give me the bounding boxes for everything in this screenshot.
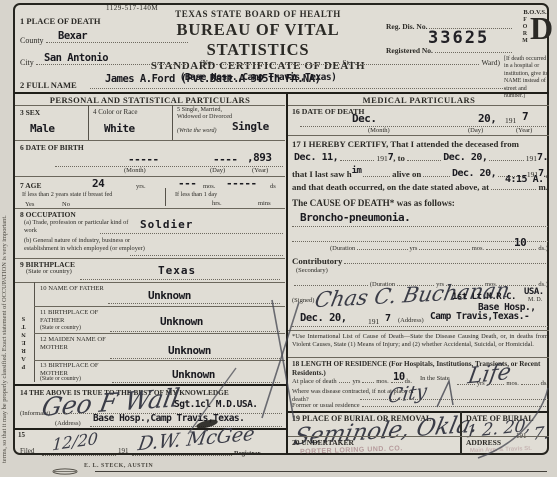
- printer-logo: [52, 462, 78, 469]
- dob-month-caption: (Month): [124, 167, 146, 174]
- alive-on-text: alive on: [392, 169, 421, 179]
- rule: [95, 471, 547, 472]
- rule: [292, 240, 548, 242]
- rule: [130, 254, 283, 256]
- age-mos-value: ---: [178, 177, 196, 190]
- age-ds-label: ds: [270, 183, 276, 190]
- board-title: TEXAS STATE BOARD OF HEALTH: [148, 9, 368, 19]
- street-st-label: St.;: [342, 58, 352, 67]
- marital-value: Single: [232, 120, 269, 133]
- punct: .,: [544, 169, 548, 179]
- undertaker-label: 20 UNDERTAKER: [292, 438, 354, 447]
- header-divider-rule: [14, 92, 549, 94]
- rule: [288, 135, 549, 136]
- age-label: 7 AGE: [20, 181, 41, 190]
- sex-label: 3 SEX: [20, 108, 40, 117]
- certify-line-4: and that death occurred, on the date sta…: [292, 182, 548, 192]
- filed-number: 15: [18, 431, 25, 439]
- sex-value: Male: [30, 122, 55, 135]
- county-value: Bexar: [58, 30, 87, 42]
- rule: [110, 357, 280, 359]
- yrs-label: yrs: [352, 378, 360, 385]
- age-ds-value: -----: [226, 177, 257, 190]
- father-birthplace-label: 11 BIRTHPLACE OF FATHER: [40, 309, 110, 325]
- hrs-label: hrs.: [212, 200, 222, 207]
- certify-line-2: Dec. 11, 191 7 , to Dec. 20, 191 7.: [294, 152, 548, 163]
- yrs-label: yrs: [410, 245, 418, 252]
- burial-year-handwritten: 7.: [532, 423, 550, 445]
- breastfed-label: If less than 2 years state if breast fed: [22, 191, 112, 198]
- mins-label: mins: [258, 200, 271, 207]
- rule: [288, 411, 549, 413]
- lessday-label: If less than 1 day: [175, 191, 217, 198]
- rule: [288, 105, 549, 106]
- occupation-a-value: Soldier: [140, 218, 193, 231]
- informant-rank: Sgt.1cl M.D.USA.: [174, 399, 258, 410]
- registered-label: Registered No.: [386, 46, 433, 55]
- no-label: No: [62, 201, 70, 208]
- dod-day-value: 20,: [478, 112, 496, 125]
- informant-address: Base Hosp.,Camp Travis,Texas.: [93, 413, 244, 424]
- certify-line-1: 17 I HEREBY CERTIFY, That I attended the…: [292, 139, 519, 149]
- former-residence-line: Former or usual residence: [292, 402, 548, 409]
- rule: [100, 232, 283, 234]
- county-label: County: [20, 36, 44, 45]
- signed-address-label: (Address): [398, 317, 424, 324]
- place-of-death-label: 1 PLACE OF DEATH: [20, 16, 101, 26]
- dod-year-print: 191: [505, 116, 516, 125]
- mos-label: mos.: [472, 245, 484, 252]
- registered-number: 33625: [428, 28, 489, 48]
- rule: [172, 105, 173, 140]
- attended-from-date: Dec. 11,: [294, 152, 338, 163]
- marital-hint: (Write the word): [177, 128, 216, 134]
- registrar-label: Registrar: [234, 450, 260, 457]
- cause-footnote: *Use International List of Cause of Deat…: [292, 333, 548, 349]
- ds-label: ds.: [541, 380, 548, 387]
- printer-credit: E. L. STECK, AUSTIN: [84, 463, 153, 469]
- margin-instruction-note: terms, so that it may be properly classi…: [1, 53, 8, 463]
- county-line: County: [20, 36, 190, 45]
- cause-duration-line: (Duration yrs mos. ds.): [330, 245, 548, 252]
- father-name-label: 10 NAME OF FATHER: [40, 285, 106, 293]
- rule: [42, 454, 116, 456]
- cause-of-death-value: Broncho-pneumonia.: [300, 211, 410, 224]
- rule: [288, 330, 549, 331]
- father-birthplace-value: Unknown: [160, 315, 203, 328]
- parents-vertical-label: PARENTS: [20, 296, 27, 370]
- rule: [15, 140, 285, 141]
- street-line: (No. St.; Ward): [200, 58, 500, 67]
- occupation-b-label: (b) General nature of industry, business…: [24, 237, 152, 252]
- dob-day-caption: (Day): [210, 167, 225, 174]
- rule: [288, 357, 549, 358]
- rule: [15, 258, 285, 259]
- mos-label: mos.: [506, 380, 518, 387]
- race-value: White: [104, 122, 135, 135]
- dod-year-caption: (Year): [516, 127, 532, 134]
- informant-address-label: (Address): [55, 420, 81, 427]
- age-yrs-label: yrs.: [136, 183, 146, 190]
- race-label: 4 Color or Race: [93, 108, 138, 116]
- duration-label: (Duration: [330, 245, 355, 252]
- father-birthplace-hint: (State or country): [40, 325, 81, 331]
- rule: [292, 325, 548, 327]
- header-title-block: TEXAS STATE BOARD OF HEALTH BUREAU OF VI…: [148, 9, 368, 83]
- physician-rank: 1st Lt.M.R.C.: [452, 292, 516, 302]
- signed-address: Camp Travis,Texas.-: [430, 311, 529, 322]
- rule: [132, 454, 232, 456]
- year-typed: 7.: [537, 152, 548, 163]
- street-no-label: (No.: [200, 58, 214, 67]
- last-seen-date: Dec. 20,: [452, 168, 496, 179]
- age-years-value: 24: [92, 177, 104, 190]
- dod-year-value: 7: [522, 110, 528, 123]
- contributory-line: Contributory: [292, 256, 548, 266]
- father-name-value: Unknown: [148, 289, 191, 302]
- ds-label: ds.): [538, 245, 548, 252]
- signed-date: Dec. 20,: [300, 312, 347, 324]
- m-suffix: m.: [538, 182, 548, 192]
- mother-birthplace-hint: (State or country): [40, 376, 81, 382]
- dob-label: 6 DATE OF BIRTH: [20, 143, 84, 152]
- cause-of-death-label: The CAUSE OF DEATH* was as follows:: [292, 198, 455, 208]
- rule: [460, 436, 549, 437]
- full-name-label: 2 FULL NAME: [20, 80, 77, 90]
- rule: [34, 306, 285, 307]
- him-typed: im: [352, 166, 362, 176]
- dod-month-caption: (Month): [368, 127, 390, 134]
- to-word: , to: [393, 153, 405, 163]
- at-place-label: At place of death: [292, 378, 337, 385]
- rule: [15, 282, 285, 283]
- medical-section-title: MEDICAL PARTICULARS: [290, 95, 548, 105]
- rule: [34, 282, 35, 382]
- dod-month-value: Dec.: [352, 112, 377, 125]
- in-state-duration-line: yrs mos. ds.: [455, 380, 548, 387]
- rule: [165, 188, 166, 206]
- rule: [108, 302, 280, 304]
- rule: [34, 333, 285, 334]
- age-mos-label: mos.: [203, 183, 215, 190]
- mos-label: mos.: [376, 378, 388, 385]
- year-print: 191: [376, 154, 387, 163]
- rule: [292, 225, 548, 227]
- rule: [88, 105, 89, 140]
- rule: [112, 381, 280, 383]
- form-word-vertical: FORM: [522, 17, 528, 49]
- full-name-value: James A.Ford (Pvt.Batt.A 345th FA.NA): [105, 73, 320, 85]
- rule: [288, 436, 460, 437]
- death-certificate-scan: terms, so that it may be properly classi…: [0, 0, 557, 477]
- dod-day-caption: (Day): [468, 127, 483, 134]
- secondary-hint: (Secondary): [296, 267, 328, 274]
- rule: [360, 398, 548, 400]
- rule: [15, 105, 285, 106]
- undertaker-address-label: ADDRESS: [466, 438, 501, 447]
- column-divider-rule: [286, 92, 288, 454]
- marital-label: 5 Single, Married, Widowed or Divorced: [177, 106, 233, 120]
- filed-year-print: 191: [118, 447, 129, 455]
- yrs-label: yrs: [477, 380, 485, 387]
- rule: [460, 411, 462, 455]
- contributory-label: Contributory: [292, 256, 342, 266]
- last-saw-text: that I last saw h: [292, 169, 352, 179]
- dob-year-value: ,893: [247, 151, 272, 164]
- full-name-underline: [90, 87, 505, 89]
- rule: [80, 278, 280, 280]
- birthplace-value: Texas: [158, 264, 196, 277]
- signed-label: (Signed): [292, 297, 314, 304]
- mother-maiden-label: 12 MAIDEN NAME OF MOTHER: [40, 336, 110, 352]
- birthplace-hint: (State or country): [26, 268, 72, 275]
- mother-maiden-value: Unknown: [168, 344, 211, 357]
- signed-year-typed: 7: [385, 313, 391, 324]
- attended-to-date: Dec. 20,: [443, 152, 487, 163]
- rule: [300, 125, 546, 127]
- filed-label: Filed: [20, 447, 34, 455]
- personal-section-title: PERSONAL AND STATISTICAL PARTICULARS: [16, 95, 284, 105]
- rule: [15, 208, 285, 209]
- year-print: 191: [526, 154, 537, 163]
- city-value: San Antonio: [44, 52, 108, 64]
- occupation-label: 8 OCCUPATION: [20, 210, 76, 219]
- ward-label: Ward): [481, 58, 500, 67]
- physician-usa: USA.: [524, 287, 544, 297]
- city-label: City: [20, 58, 34, 67]
- yes-label: Yes: [25, 201, 34, 208]
- form-letter-d: D: [530, 10, 553, 47]
- rule: [110, 330, 280, 332]
- reg-dis-label: Reg. Dis. No.: [386, 22, 427, 31]
- former-residence-label: Former or usual residence: [292, 402, 360, 409]
- mother-birthplace-value: Unknown: [172, 368, 215, 381]
- death-occurred-text: and that death occurred, on the date sta…: [292, 182, 489, 192]
- rule: [55, 165, 283, 167]
- dob-year-caption: (Year): [252, 167, 268, 174]
- rule: [34, 360, 285, 361]
